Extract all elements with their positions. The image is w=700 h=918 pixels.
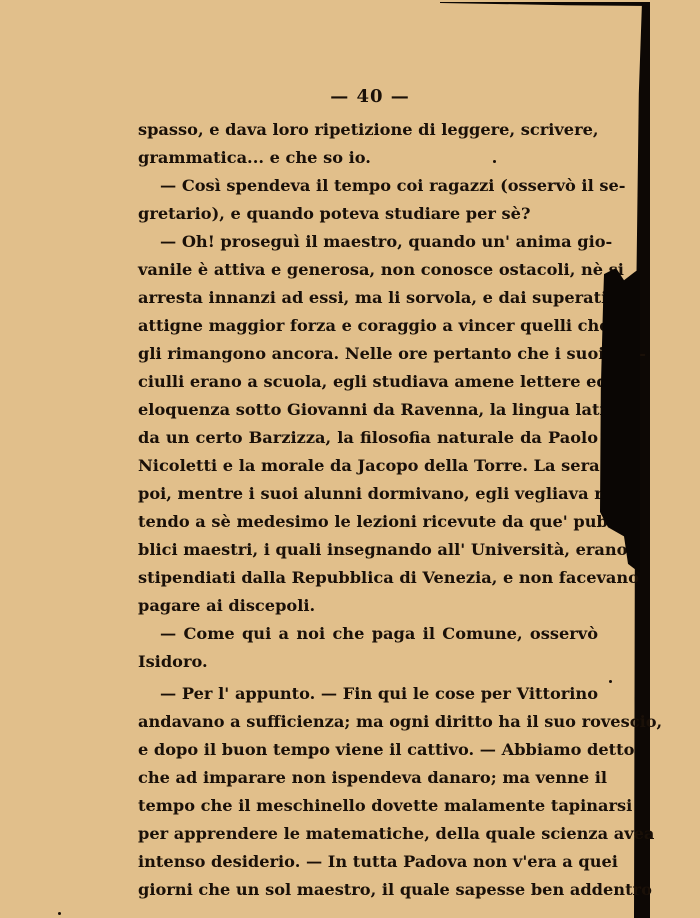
text-line: e dopo il buon tempo viene il cattivo. —… [138,736,598,764]
body-text: spasso, e dava loro ripetizione di legge… [138,116,598,904]
page-number: — 40 — [0,86,700,107]
text-line: da un certo Barzizza, la filosofia natur… [138,424,598,452]
text-line: grammatica... e che so io. [138,144,598,172]
text-line: pagare ai discepoli. [138,592,598,620]
text-line: — Per l' appunto. — Fin qui le cose per … [138,680,598,708]
text-line: — Oh! proseguì il maestro, quando un' an… [138,228,598,256]
text-line: — Come qui a noi che paga il Comune, oss… [138,620,598,648]
text-line: Nicoletti e la morale da Jacopo della To… [138,452,598,480]
scanned-book-page: — 40 — spasso, e dava loro ripetizione d… [0,0,700,918]
text-line: arresta innanzi ad essi, ma li sorvola, … [138,284,598,312]
ink-speck [493,160,496,163]
text-line: poi, mentre i suoi alunni dormivano, egl… [138,480,598,508]
text-line: gli rimangono ancora. Nelle ore pertanto… [138,340,598,368]
text-line: — Così spendeva il tempo coi ragazzi (os… [138,172,598,200]
text-line: per apprendere le matematiche, della qua… [138,820,598,848]
text-line: giorni che un sol maestro, il quale sape… [138,876,598,904]
text-line: stipendiati dalla Repubblica di Venezia,… [138,564,598,592]
text-line: blici maestri, i quali insegnando all' U… [138,536,598,564]
text-line: gretario), e quando poteva studiare per … [138,200,598,228]
text-line: andavano a sufficienza; ma ogni diritto … [138,708,598,736]
text-line: tempo che il meschinello dovette malamen… [138,792,598,820]
text-line: spasso, e dava loro ripetizione di legge… [138,116,598,144]
ink-speck [58,912,61,915]
text-line: che ad imparare non ispendeva danaro; ma… [138,764,598,792]
text-line: intenso desiderio. — In tutta Padova non… [138,848,598,876]
text-line: ciulli erano a scuola, egli studiava ame… [138,368,598,396]
ink-speck [609,680,612,683]
text-line: Isidoro. [138,648,598,676]
text-line: eloquenza sotto Giovanni da Ravenna, la … [138,396,598,424]
text-line: tendo a sè medesimo le lezioni ricevute … [138,508,598,536]
text-line: vanile è attiva e generosa, non conosce … [138,256,598,284]
text-line: attigne maggior forza e coraggio a vince… [138,312,598,340]
scan-shadow-top-edge [440,2,650,6]
